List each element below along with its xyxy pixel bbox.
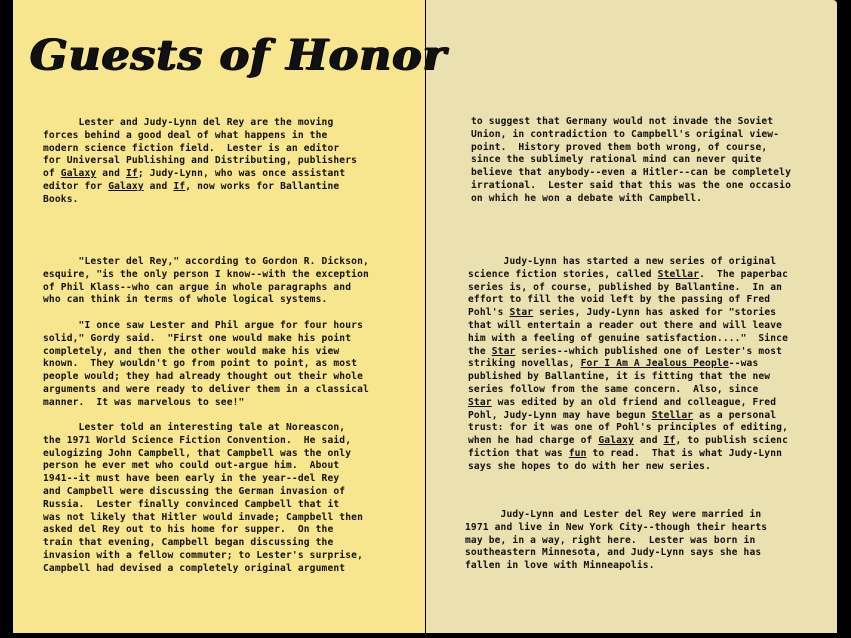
text-line: may be, in a way, right here. Lester was… bbox=[465, 535, 767, 548]
text-line: people would; they had already thought o… bbox=[43, 371, 369, 384]
text-line: train that evening, Campbell began discu… bbox=[43, 537, 363, 550]
text-line: arguments and were ready to deliver them… bbox=[43, 384, 369, 397]
text-line: when he had charge of Galaxy and If, to … bbox=[468, 435, 788, 448]
text-line: effort to fill the void left by the pass… bbox=[468, 294, 788, 307]
text-line: for Universal Publishing and Distributin… bbox=[43, 155, 357, 168]
page-title: Guests of Honor bbox=[30, 31, 447, 79]
text-line: since the sublimely rational mind can ne… bbox=[471, 154, 791, 167]
text-line: Union, in contradiction to Campbell's or… bbox=[471, 129, 791, 142]
text-line: Books. bbox=[43, 194, 357, 207]
text-line: was not likely that Hitler would invade;… bbox=[43, 512, 363, 525]
text-line: Russia. Lester finally convinced Campbel… bbox=[43, 499, 363, 512]
text-line: to suggest that Germany would not invade… bbox=[471, 116, 791, 129]
text-line: "Lester del Rey," according to Gordon R.… bbox=[43, 256, 369, 269]
text-line: point. History proved them both wrong, o… bbox=[471, 142, 791, 155]
text-line: manner. It was marvelous to see!" bbox=[43, 397, 369, 410]
text-line: Star was edited by an old friend and col… bbox=[468, 397, 788, 410]
text-line: person he ever met who could out-argue h… bbox=[43, 460, 363, 473]
text-line: of Phil Klass--who can argue in whole pa… bbox=[43, 282, 369, 295]
text-line: series is, of course, published by Balla… bbox=[468, 282, 788, 295]
right-paragraph-3: Judy-Lynn and Lester del Rey were marrie… bbox=[465, 509, 767, 573]
text-line: 1941--it must have been early in the yea… bbox=[43, 473, 363, 486]
text-line: the 1971 World Science Fiction Conventio… bbox=[43, 435, 363, 448]
text-line: "I once saw Lester and Phil argue for fo… bbox=[43, 320, 369, 333]
text-line: southeastern Minnesota, and Judy-Lynn sa… bbox=[465, 547, 767, 560]
text-line: trust: for it was one of Pohl's principl… bbox=[468, 422, 788, 435]
left-paragraph-1: Lester and Judy-Lynn del Rey are the mov… bbox=[43, 117, 357, 207]
text-line: believe that anybody--even a Hitler--can… bbox=[471, 167, 791, 180]
text-line: forces behind a good deal of what happen… bbox=[43, 130, 357, 143]
text-line: and Campbell were discussing the German … bbox=[43, 486, 363, 499]
text-line: irrational. Lester said that this was th… bbox=[471, 180, 791, 193]
text-line: Lester and Judy-Lynn del Rey are the mov… bbox=[43, 117, 357, 130]
text-line: completely, and then the other would mak… bbox=[43, 346, 369, 359]
text-line: Pohl, Judy-Lynn may have begun Stellar a… bbox=[468, 410, 788, 423]
text-line: invasion with a fellow commuter; to Lest… bbox=[43, 550, 363, 563]
text-line: fallen in love with Minneapolis. bbox=[465, 560, 767, 573]
text-line: that will entertain a reader out there a… bbox=[468, 320, 788, 333]
right-paragraph-2: Judy-Lynn has started a new series of or… bbox=[468, 256, 788, 474]
text-line: science fiction stories, called Stellar.… bbox=[468, 269, 788, 282]
text-line: says she hopes to do with her new series… bbox=[468, 461, 788, 474]
text-line: modern science fiction field. Lester is … bbox=[43, 143, 357, 156]
text-line: editor for Galaxy and If, now works for … bbox=[43, 181, 357, 194]
text-line: Lester told an interesting tale at Norea… bbox=[43, 422, 363, 435]
text-line: solid," Gordy said. "First one would mak… bbox=[43, 333, 369, 346]
text-line: Campbell had devised a completely origin… bbox=[43, 563, 363, 576]
left-paragraph-2: "Lester del Rey," according to Gordon R.… bbox=[43, 256, 369, 307]
text-line: fiction that was fun to read. That is wh… bbox=[468, 448, 788, 461]
text-line: striking novellas, For I Am A Jealous Pe… bbox=[468, 358, 788, 371]
text-line: on which he won a debate with Campbell. bbox=[471, 193, 791, 206]
text-line: him with a feeling of genuine satisfacti… bbox=[468, 333, 788, 346]
text-line: who can think in terms of whole logical … bbox=[43, 294, 369, 307]
text-line: series follow from the same concern. Als… bbox=[468, 384, 788, 397]
text-line: Pohl's Star series, Judy-Lynn has asked … bbox=[468, 307, 788, 320]
text-line: eulogizing John Campbell, that Campbell … bbox=[43, 448, 363, 461]
text-line: asked del Rey out to his home for supper… bbox=[43, 524, 363, 537]
text-line: of Galaxy and If; Judy-Lynn, who was onc… bbox=[43, 168, 357, 181]
left-paragraph-3: "I once saw Lester and Phil argue for fo… bbox=[43, 320, 369, 410]
text-line: Judy-Lynn has started a new series of or… bbox=[468, 256, 788, 269]
text-line: 1971 and live in New York City--though t… bbox=[465, 522, 767, 535]
text-line: Judy-Lynn and Lester del Rey were marrie… bbox=[465, 509, 767, 522]
text-line: published by Ballantine, it is fitting t… bbox=[468, 371, 788, 384]
text-line: esquire, "is the only person I know--wit… bbox=[43, 269, 369, 282]
text-line: the Star series--which published one of … bbox=[468, 346, 788, 359]
text-line: known. They wouldn't go from point to po… bbox=[43, 358, 369, 371]
left-paragraph-4: Lester told an interesting tale at Norea… bbox=[43, 422, 363, 576]
right-paragraph-1: to suggest that Germany would not invade… bbox=[471, 116, 791, 206]
